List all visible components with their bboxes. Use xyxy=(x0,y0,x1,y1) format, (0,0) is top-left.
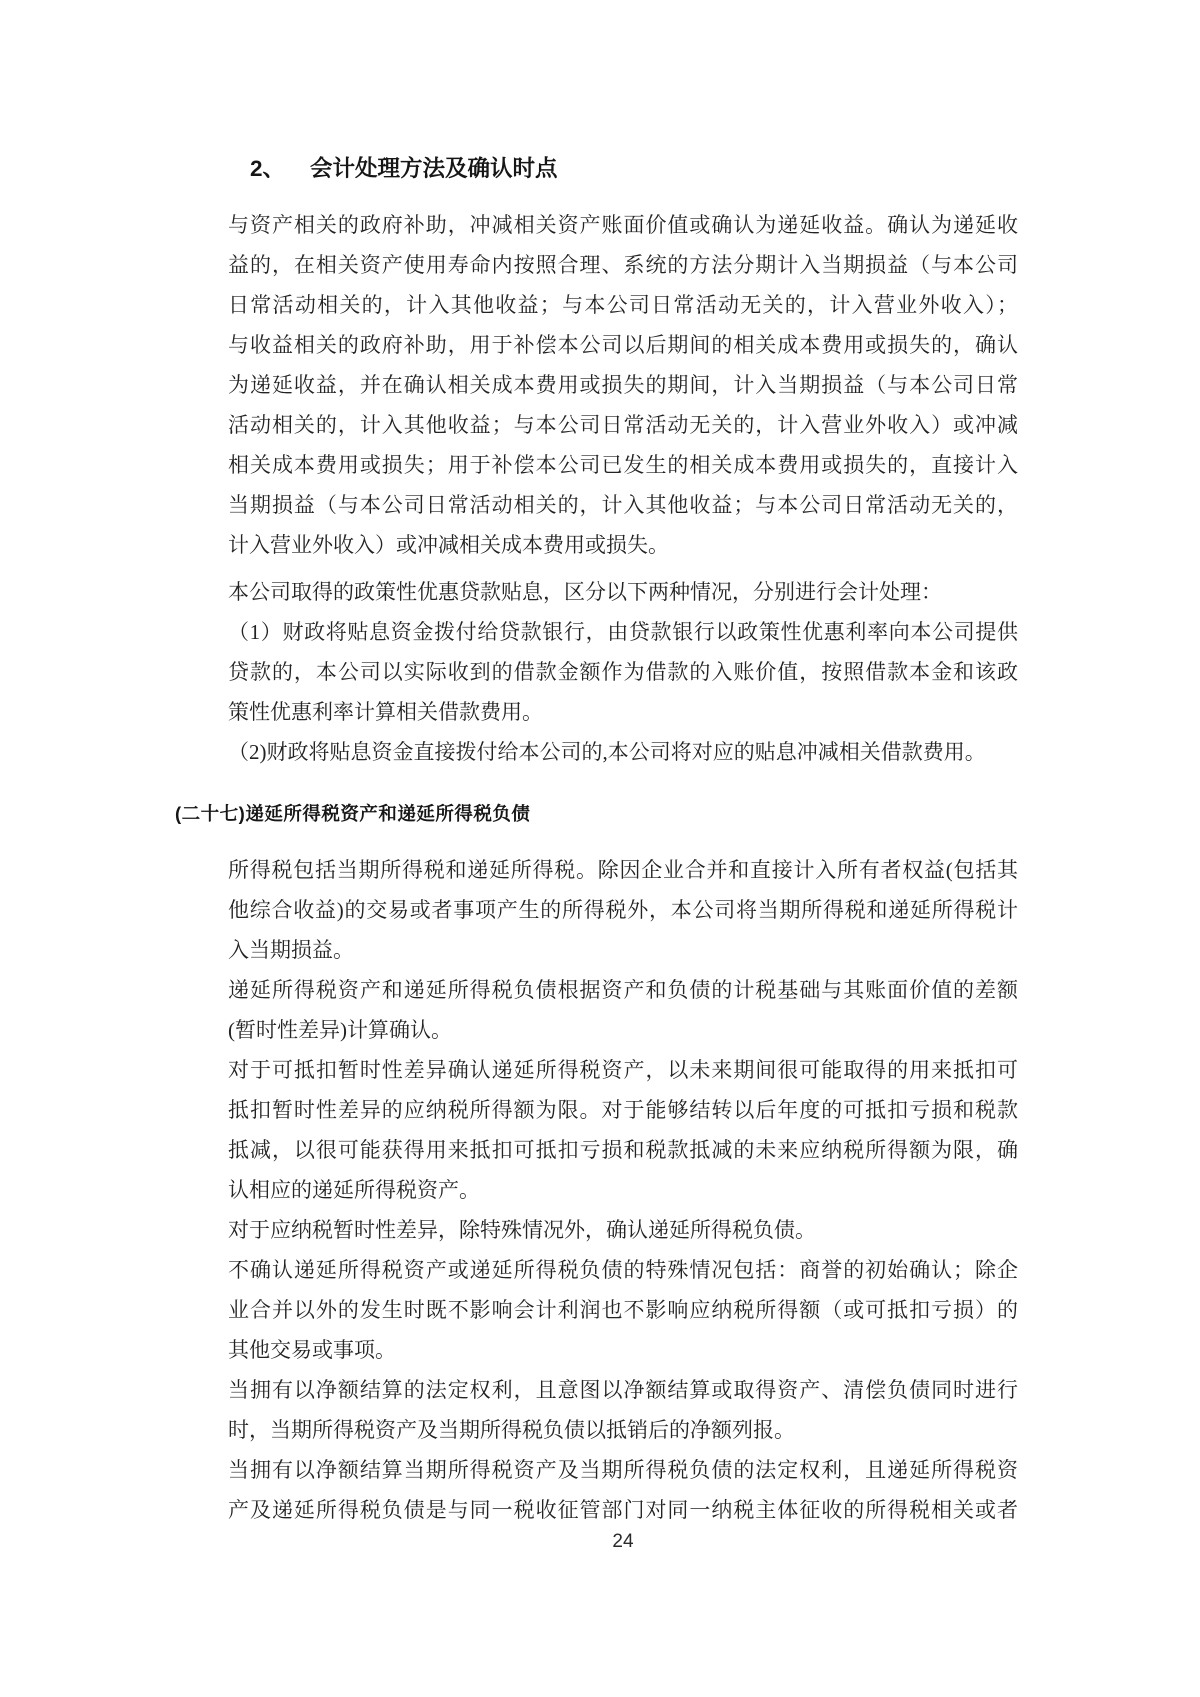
text-line: 活动相关的，计入其他收益；与本公司日常活动无关的，计入营业外收入）或冲减 xyxy=(228,405,1018,445)
paragraph: 所得税包括当期所得税和递延所得税。除因企业合并和直接计入所有者权益(包括其他综合… xyxy=(228,850,1018,970)
text-line: 贷款的，本公司以实际收到的借款金额作为借款的入账价值，按照借款本金和该政 xyxy=(228,652,1018,692)
paragraph: （2)财政将贴息资金直接拨付给本公司的,本公司将对应的贴息冲减相关借款费用。 xyxy=(228,732,1018,772)
text-line: 为递延收益，并在确认相关成本费用或损失的期间，计入当期损益（与本公司日常 xyxy=(228,365,1018,405)
text-line: 时，当期所得税资产及当期所得税负债以抵销后的净额列报。 xyxy=(228,1410,1018,1450)
paragraph: 当拥有以净额结算当期所得税资产及当期所得税负债的法定权利，且递延所得税资产及递延… xyxy=(228,1450,1018,1530)
text-line: (暂时性差异)计算确认。 xyxy=(228,1010,1018,1050)
page-number: 24 xyxy=(228,1531,1018,1553)
text-line: 所得税包括当期所得税和递延所得税。除因企业合并和直接计入所有者权益(包括其 xyxy=(228,850,1018,890)
text-line: 入当期损益。 xyxy=(228,930,1018,970)
text-line: 抵扣暂时性差异的应纳税所得额为限。对于能够结转以后年度的可抵扣亏损和税款 xyxy=(228,1090,1018,1130)
heading-deferred-tax: (二十七)递延所得税资产和递延所得税负债 xyxy=(175,800,530,826)
text-line: 当期损益（与本公司日常活动相关的，计入其他收益；与本公司日常活动无关的， xyxy=(228,485,1018,525)
heading-number: 2、 xyxy=(250,156,285,181)
paragraph: 对于应纳税暂时性差异，除特殊情况外，确认递延所得税负债。 xyxy=(228,1210,1018,1250)
text-line: 当拥有以净额结算当期所得税资产及当期所得税负债的法定权利，且递延所得税资 xyxy=(228,1450,1018,1490)
heading-title: 会计处理方法及确认时点 xyxy=(310,156,558,181)
text-line: 他综合收益)的交易或者事项产生的所得税外，本公司将当期所得税和递延所得税计 xyxy=(228,890,1018,930)
text-line: 对于应纳税暂时性差异，除特殊情况外，确认递延所得税负债。 xyxy=(228,1210,1018,1250)
text-line: 其他交易或事项。 xyxy=(228,1330,1018,1370)
text-line: 益的，在相关资产使用寿命内按照合理、系统的方法分期计入当期损益（与本公司 xyxy=(228,245,1018,285)
paragraph: 对于可抵扣暂时性差异确认递延所得税资产，以未来期间很可能取得的用来抵扣可抵扣暂时… xyxy=(228,1050,1018,1210)
text-line: 递延所得税资产和递延所得税负债根据资产和负债的计税基础与其账面价值的差额 xyxy=(228,970,1018,1010)
text-line: 策性优惠利率计算相关借款费用。 xyxy=(228,692,1018,732)
text-line: 日常活动相关的，计入其他收益；与本公司日常活动无关的，计入营业外收入）； xyxy=(228,285,1018,325)
text-line: 认相应的递延所得税资产。 xyxy=(228,1170,1018,1210)
document-page: 2、会计处理方法及确认时点 与资产相关的政府补助，冲减相关资产账面价值或确认为递… xyxy=(0,0,1200,1697)
paragraph: 本公司取得的政策性优惠贷款贴息，区分以下两种情况，分别进行会计处理： xyxy=(228,572,1018,612)
text-line: 当拥有以净额结算的法定权利，且意图以净额结算或取得资产、清偿负债同时进行 xyxy=(228,1370,1018,1410)
text-line: 与收益相关的政府补助，用于补偿本公司以后期间的相关成本费用或损失的，确认 xyxy=(228,325,1018,365)
text-line: 业合并以外的发生时既不影响会计利润也不影响应纳税所得额（或可抵扣亏损）的 xyxy=(228,1290,1018,1330)
paragraph: 递延所得税资产和递延所得税负债根据资产和负债的计税基础与其账面价值的差额(暂时性… xyxy=(228,970,1018,1050)
text-line: 不确认递延所得税资产或递延所得税负债的特殊情况包括：商誉的初始确认；除企 xyxy=(228,1250,1018,1290)
text-line: 本公司取得的政策性优惠贷款贴息，区分以下两种情况，分别进行会计处理： xyxy=(228,572,1018,612)
text-line: （2)财政将贴息资金直接拨付给本公司的,本公司将对应的贴息冲减相关借款费用。 xyxy=(228,732,1018,772)
paragraph: 当拥有以净额结算的法定权利，且意图以净额结算或取得资产、清偿负债同时进行时，当期… xyxy=(228,1370,1018,1450)
paragraph: （1）财政将贴息资金拨付给贷款银行，由贷款银行以政策性优惠利率向本公司提供贷款的… xyxy=(228,612,1018,732)
paragraph: 与资产相关的政府补助，冲减相关资产账面价值或确认为递延收益。确认为递延收益的，在… xyxy=(228,205,1018,565)
text-line: 相关成本费用或损失；用于补偿本公司已发生的相关成本费用或损失的，直接计入 xyxy=(228,445,1018,485)
paragraph: 不确认递延所得税资产或递延所得税负债的特殊情况包括：商誉的初始确认；除企业合并以… xyxy=(228,1250,1018,1370)
text-line: 抵减，以很可能获得用来抵扣可抵扣亏损和税款抵减的未来应纳税所得额为限，确 xyxy=(228,1130,1018,1170)
heading-accounting-treatment: 2、会计处理方法及确认时点 xyxy=(250,151,558,183)
text-line: 计入营业外收入）或冲减相关成本费用或损失。 xyxy=(228,525,1018,565)
text-line: 与资产相关的政府补助，冲减相关资产账面价值或确认为递延收益。确认为递延收 xyxy=(228,205,1018,245)
text-line: （1）财政将贴息资金拨付给贷款银行，由贷款银行以政策性优惠利率向本公司提供 xyxy=(228,612,1018,652)
text-line: 产及递延所得税负债是与同一税收征管部门对同一纳税主体征收的所得税相关或者 xyxy=(228,1490,1018,1530)
text-line: 对于可抵扣暂时性差异确认递延所得税资产，以未来期间很可能取得的用来抵扣可 xyxy=(228,1050,1018,1090)
